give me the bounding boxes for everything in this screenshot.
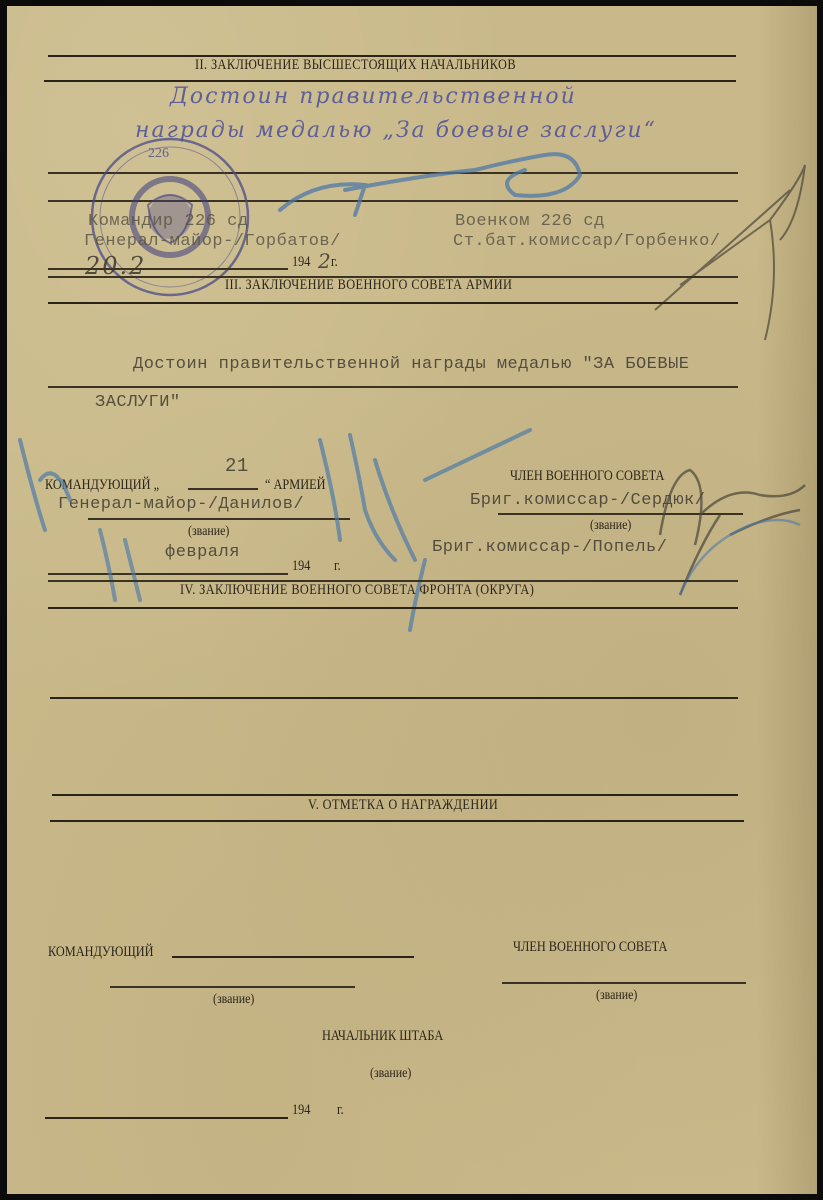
signature-line — [502, 982, 746, 984]
award-council-rank-label: (звание) — [596, 988, 637, 1004]
signature-council-member-icon — [640, 455, 820, 605]
signature-commander-icon — [275, 140, 595, 230]
signature-commissar-icon — [650, 160, 820, 350]
commander-name-typed: Генерал-майор-/Горбатов/ — [84, 232, 341, 251]
award-commander-rank-label: (звание) — [213, 992, 254, 1008]
section-3-heading: III. ЗАКЛЮЧЕНИЕ ВОЕННОГО СОВЕТА АРМИИ — [225, 277, 512, 294]
year-suffix: г. — [337, 1102, 344, 1119]
council-rank-label: (звание) — [590, 518, 631, 534]
year-label: 194 — [292, 254, 310, 271]
award-commander-label: КОМАНДУЮЩИЙ — [48, 944, 154, 961]
rule — [48, 607, 738, 609]
chief-of-staff-label: НАЧАЛЬНИК ШТАБА — [322, 1028, 443, 1045]
rule — [52, 794, 738, 796]
year-suffix: г. — [331, 254, 338, 271]
handwritten-conclusion-line-1: Достоин правительственной — [170, 84, 577, 109]
signature-line — [172, 956, 414, 958]
chief-rank-label: (звание) — [370, 1066, 411, 1082]
rank-line — [110, 986, 355, 988]
rule — [50, 820, 744, 822]
rule — [48, 302, 738, 304]
army-conclusion-typed-line-2: ЗАСЛУГИ" — [95, 393, 181, 412]
year-label: 194 — [292, 1102, 310, 1119]
section-4-heading: IV. ЗАКЛЮЧЕНИЕ ВОЕННОГО СОВЕТА ФРОНТА (О… — [180, 582, 534, 599]
rule — [44, 80, 736, 82]
date-line — [45, 1117, 288, 1119]
svg-text:226: 226 — [148, 146, 169, 161]
army-conclusion-typed-line-1: Достоин правительственной награды медаль… — [133, 355, 690, 374]
award-council-member-label: ЧЛЕН ВОЕННОГО СОВЕТА — [513, 939, 667, 956]
rule — [48, 386, 738, 388]
rule — [50, 697, 738, 699]
section-5-heading: V. ОТМЕТКА О НАГРАЖДЕНИИ — [308, 797, 498, 814]
commander-title-typed: Командир 226 сд — [88, 212, 249, 231]
section-2-heading: II. ЗАКЛЮЧЕНИЕ ВЫСШЕСТОЯЩИХ НАЧАЛЬНИКОВ — [195, 57, 516, 74]
date-rule — [48, 268, 288, 270]
